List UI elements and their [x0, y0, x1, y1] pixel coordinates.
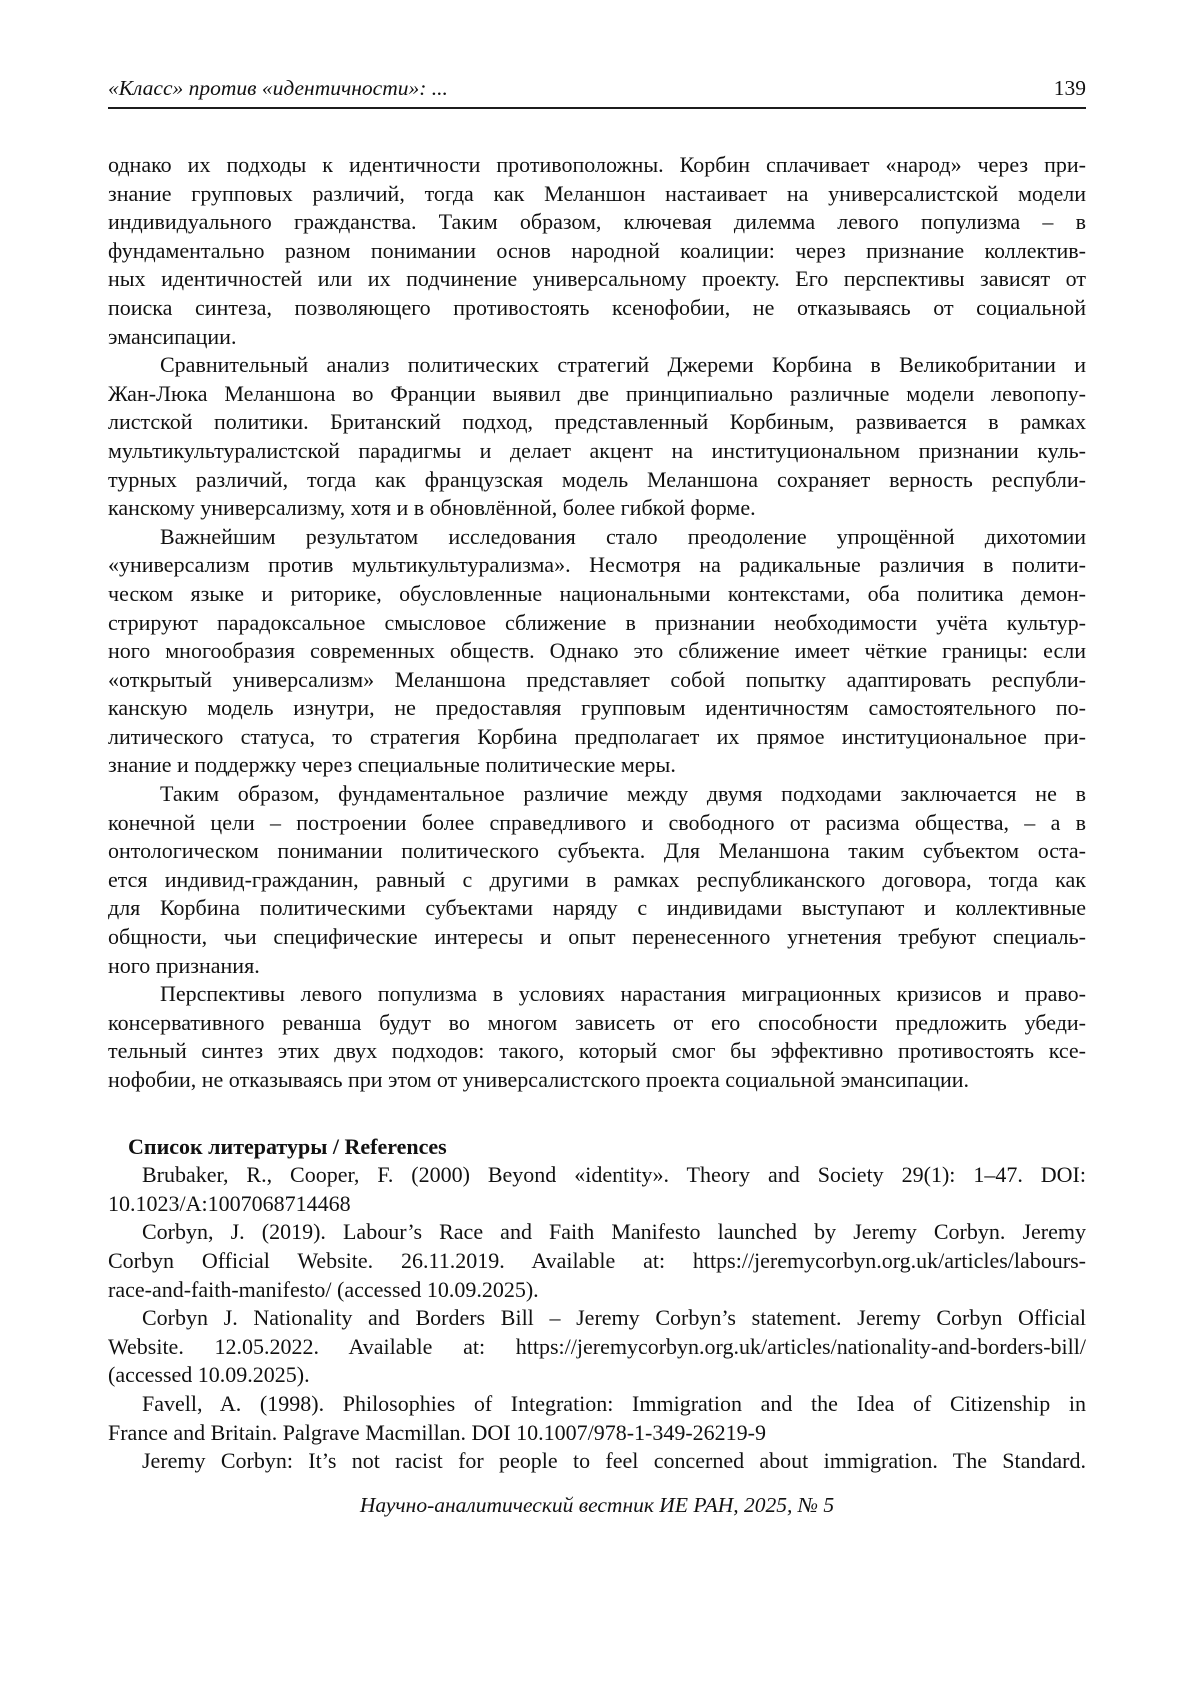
header-rule — [108, 107, 1086, 109]
journal-footer-line: Научно-аналитический вестник ИЕ РАН, 202… — [360, 1493, 834, 1517]
paragraph-line: индивидуального гражданства. Таким образ… — [108, 208, 1086, 237]
paragraph-line: листской политики. Британский подход, пр… — [108, 408, 1086, 437]
reference-line: Website. 12.05.2022. Available at: https… — [108, 1333, 1086, 1362]
body-paragraph: однако их подходы к идентичности противо… — [108, 151, 1086, 351]
paragraph-line: стрируют парадоксальное смысловое сближе… — [108, 609, 1086, 638]
paragraph-line: общности, чьи специфические интересы и о… — [108, 923, 1086, 952]
body-paragraph: Сравнительный анализ политических страте… — [108, 351, 1086, 523]
reference-entry: Jeremy Corbyn: It’s not racist for peopl… — [108, 1447, 1086, 1476]
body-paragraph: Перспективы левого популизма в условиях … — [108, 980, 1086, 1094]
paragraph-line: мультикультуралистской парадигмы и делае… — [108, 437, 1086, 466]
paragraph-line: знание групповых различий, тогда как Мел… — [108, 180, 1086, 209]
running-title: «Класс» против «идентичности»: ... — [108, 76, 448, 100]
paragraph-line: Таким образом, фундаментальное различие … — [108, 780, 1086, 809]
body-paragraph: Важнейшим результатом исследования стало… — [108, 523, 1086, 780]
paragraph-line: ного признания. — [108, 952, 1086, 981]
body-paragraphs: однако их подходы к идентичности противо… — [108, 151, 1086, 1095]
paragraph-line: «открытый универсализм» Меланшона предст… — [108, 666, 1086, 695]
paragraph-line: фундаментально разном понимании основ на… — [108, 237, 1086, 266]
references-heading: Список литературы / References — [108, 1133, 1086, 1162]
document-page: «Класс» против «идентичности»: ... 139 о… — [0, 0, 1200, 1698]
paragraph-line: ных идентичностей или их подчинение унив… — [108, 265, 1086, 294]
paragraph-line: для Корбина политическими субъектами нар… — [108, 894, 1086, 923]
reference-line: race-and-faith-manifesto/ (accessed 10.0… — [108, 1276, 1086, 1305]
reference-line: Corbyn Official Website. 26.11.2019. Ava… — [108, 1247, 1086, 1276]
reference-entry: Favell, A. (1998). Philosophies of Integ… — [108, 1390, 1086, 1447]
paragraph-line: Важнейшим результатом исследования стало… — [108, 523, 1086, 552]
reference-line: Favell, A. (1998). Philosophies of Integ… — [108, 1390, 1086, 1419]
reference-line: 10.1023/A:1007068714468 — [108, 1190, 1086, 1219]
reference-line: Corbyn J. Nationality and Borders Bill –… — [108, 1304, 1086, 1333]
paragraph-line: тельный синтез этих двух подходов: таког… — [108, 1037, 1086, 1066]
paragraph-line: Перспективы левого популизма в условиях … — [108, 980, 1086, 1009]
reference-entry: Brubaker, R., Cooper, F. (2000) Beyond «… — [108, 1161, 1086, 1218]
page-footer: Научно-аналитический вестник ИЕ РАН, 202… — [108, 1491, 1086, 1519]
paragraph-line: турных различий, тогда как французская м… — [108, 466, 1086, 495]
page-number: 139 — [1054, 76, 1086, 100]
reference-entry: Corbyn J. Nationality and Borders Bill –… — [108, 1304, 1086, 1390]
paragraph-line: Жан-Люка Меланшона во Франции выявил две… — [108, 380, 1086, 409]
paragraph-line: знание и поддержку через специальные пол… — [108, 751, 1086, 780]
reference-line: Jeremy Corbyn: It’s not racist for peopl… — [108, 1447, 1086, 1476]
paragraph-line: нофобии, не отказываясь при этом от унив… — [108, 1066, 1086, 1095]
paragraph-line: литического статуса, то стратегия Корбин… — [108, 723, 1086, 752]
paragraph-line: эмансипации. — [108, 323, 1086, 352]
page-header: «Класс» против «идентичности»: ... 139 — [108, 76, 1086, 100]
paragraph-line: ного многообразия современных обществ. О… — [108, 637, 1086, 666]
paragraph-line: ется индивид-гражданин, равный с другими… — [108, 866, 1086, 895]
reference-line: (accessed 10.09.2025). — [108, 1361, 1086, 1390]
paragraph-line: ческом языке и риторике, обусловленные н… — [108, 580, 1086, 609]
paragraph-line: канскому универсализму, хотя и в обновлё… — [108, 494, 1086, 523]
reference-entry: Corbyn, J. (2019). Labour’s Race and Fai… — [108, 1218, 1086, 1304]
references-list: Brubaker, R., Cooper, F. (2000) Beyond «… — [108, 1161, 1086, 1476]
paragraph-line: «универсализм против мультикультурализма… — [108, 551, 1086, 580]
article-body: однако их подходы к идентичности противо… — [108, 151, 1086, 1476]
paragraph-line: поиска синтеза, позволяющего противостоя… — [108, 294, 1086, 323]
body-paragraph: Таким образом, фундаментальное различие … — [108, 780, 1086, 980]
paragraph-line: канскую модель изнутри, не предоставляя … — [108, 694, 1086, 723]
paragraph-line: онтологическом понимании политического с… — [108, 837, 1086, 866]
reference-line: Corbyn, J. (2019). Labour’s Race and Fai… — [108, 1218, 1086, 1247]
reference-line: Brubaker, R., Cooper, F. (2000) Beyond «… — [108, 1161, 1086, 1190]
paragraph-line: консервативного реванша будут во многом … — [108, 1009, 1086, 1038]
paragraph-line: однако их подходы к идентичности противо… — [108, 151, 1086, 180]
reference-line: France and Britain. Palgrave Macmillan. … — [108, 1419, 1086, 1448]
paragraph-line: конечной цели – построении более справед… — [108, 809, 1086, 838]
paragraph-line: Сравнительный анализ политических страте… — [108, 351, 1086, 380]
